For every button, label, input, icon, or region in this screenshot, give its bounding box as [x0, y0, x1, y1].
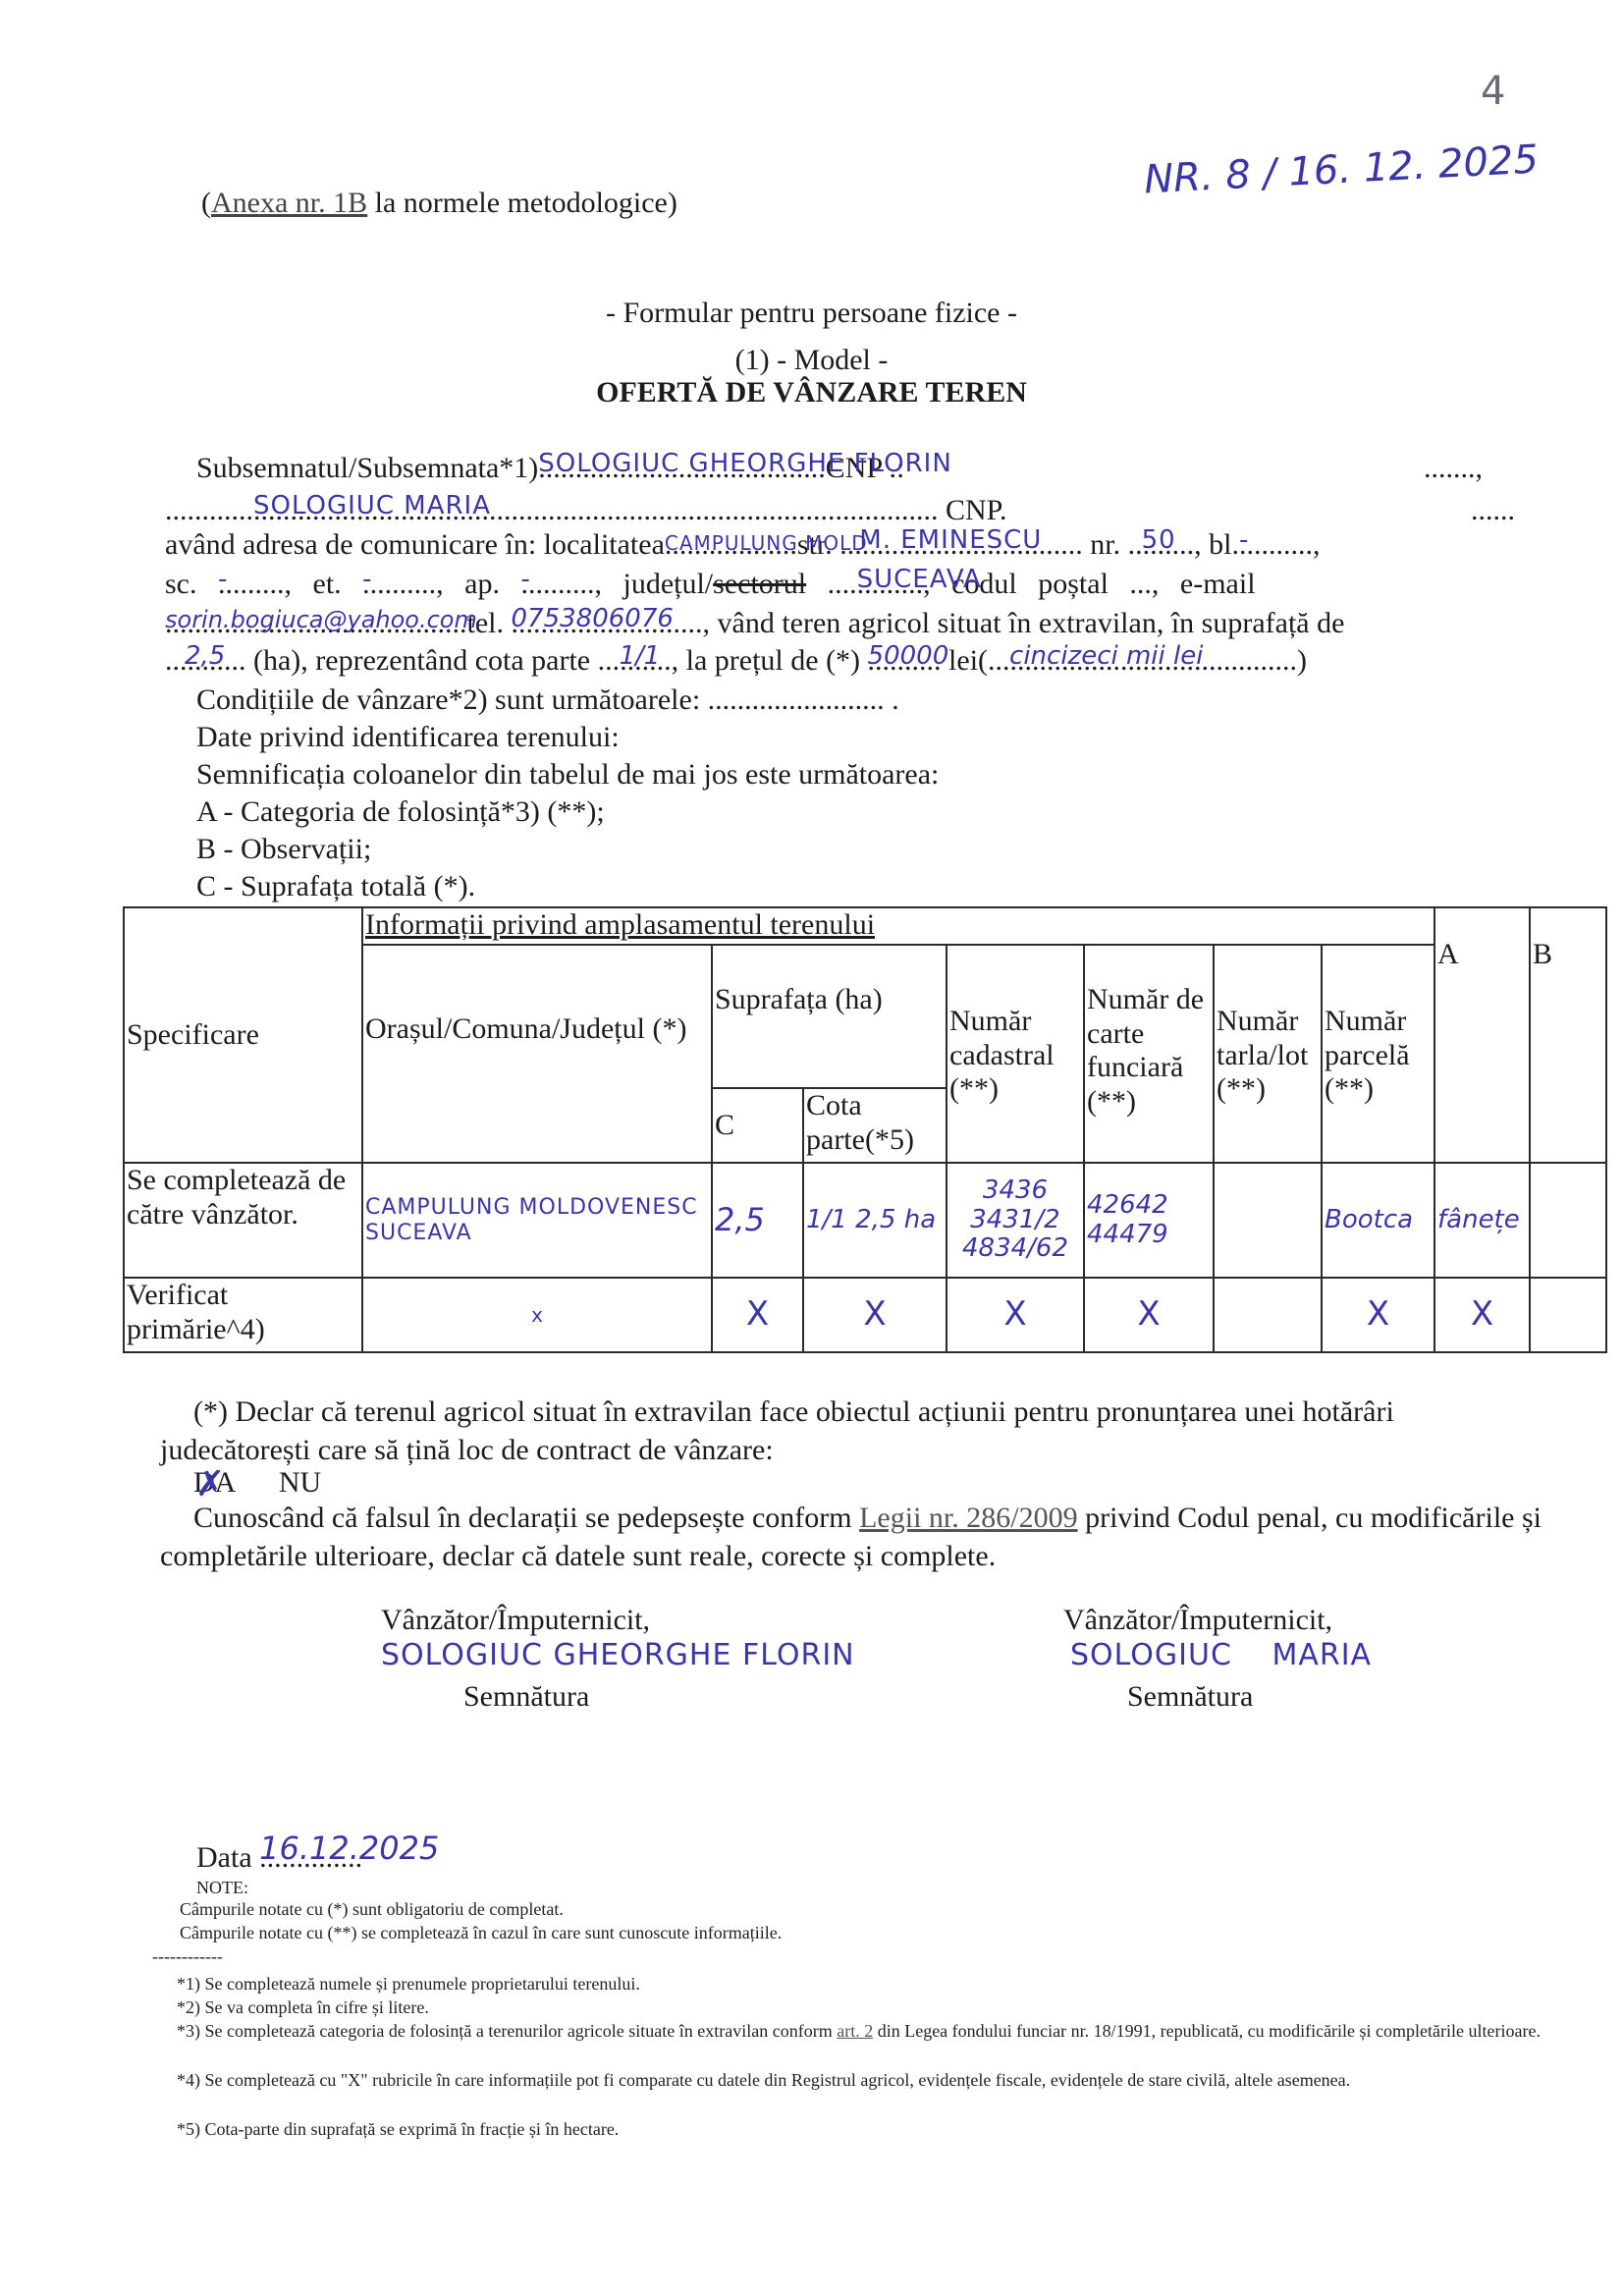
- form-subtitle: - Formular pentru persoane fizice -: [0, 297, 1623, 330]
- cell-cadastral[interactable]: 3436 3431/2 4834/62: [947, 1163, 1084, 1278]
- signature-role-1: Vânzător/Împuternicit,: [381, 1601, 650, 1639]
- table-row: Se completează de către vânzător. CAMPUL…: [124, 1163, 1606, 1278]
- et-label: et.: [313, 568, 342, 600]
- suprafata-value: 2,5: [185, 641, 225, 671]
- declaration-text: (*) Declar că terenul agricol situat în …: [160, 1393, 1544, 1469]
- header-carte: Număr de carte funciară (**): [1084, 945, 1214, 1163]
- row-label: Verificat primărie^4): [124, 1278, 362, 1352]
- date-value: 16.12.2025: [259, 1829, 439, 1870]
- cell-b[interactable]: [1530, 1278, 1606, 1352]
- conditii: Condițiile de vânzare*2) sunt următoarel…: [196, 683, 899, 717]
- nr-value: 50: [1142, 525, 1176, 555]
- cell-c[interactable]: X: [712, 1278, 803, 1352]
- seller-name-2-field[interactable]: ........................................…: [165, 494, 939, 526]
- seller-line-1: Subsemnatul/Subsemnata*1)...............…: [196, 452, 904, 485]
- header-c: C: [712, 1088, 803, 1163]
- row-label: Se completează de către vânzător.: [124, 1163, 362, 1278]
- nr-field[interactable]: .........50: [1128, 528, 1195, 561]
- cota-field[interactable]: ..........1/1: [598, 644, 672, 677]
- subsemnatul-label: Subsemnatul/Subsemnata*1): [196, 452, 538, 484]
- pret-litere-value: cincizeci mii lei: [1009, 641, 1203, 671]
- footnote-3-b: din Legea fondului funciar nr. 18/1991, …: [873, 2021, 1541, 2041]
- cod-postal-email-label: codul poștal ..., e-mail: [951, 568, 1255, 600]
- header-cadastral: Număr cadastral (**): [947, 945, 1084, 1163]
- header-b: B: [1530, 907, 1606, 1163]
- email-value: sorin.bogiuca@yahoo.com: [165, 606, 477, 633]
- cell-oras[interactable]: x: [362, 1278, 712, 1352]
- signature-label-1: Semnătura: [463, 1677, 589, 1716]
- et-field[interactable]: ..........-: [362, 568, 436, 600]
- bl-field[interactable]: ..........-: [1239, 528, 1313, 561]
- signature-name-2[interactable]: SOLOGIUC MARIA: [1070, 1638, 1372, 1672]
- tel-field[interactable]: ..........................0753806076: [512, 607, 703, 639]
- localitate-field[interactable]: ..................CAMPULUNG MOLD: [665, 528, 797, 561]
- cell-oras[interactable]: CAMPULUNG MOLDOVENESC SUCEAVA: [362, 1163, 712, 1278]
- seller-name-1: SOLOGIUC GHEORGHE FLORIN: [538, 449, 951, 478]
- cell-cota[interactable]: X: [803, 1278, 947, 1352]
- tel-value: 0753806076: [512, 604, 674, 633]
- land-text: , vând teren agricol situat în extravila…: [703, 607, 1345, 639]
- page-number-mark: 4: [1481, 69, 1505, 114]
- cell-cadastral[interactable]: X: [947, 1278, 1084, 1352]
- ha-text: (ha), reprezentând cota parte: [253, 644, 590, 677]
- annex-rest: la normele metodologice): [367, 187, 677, 219]
- cell-carte[interactable]: 42642 44479: [1084, 1163, 1214, 1278]
- bl-label: bl.: [1209, 528, 1239, 561]
- strada-field[interactable]: .................................M. EMIN…: [839, 528, 1083, 561]
- cnp-label-2: CNP: [946, 494, 1000, 526]
- address-line-2: sc. .........-, et. ..........-, ap. ...…: [165, 568, 1256, 601]
- falsul-text-a: Cunoscând că falsul în declarații se ped…: [193, 1502, 859, 1534]
- signature-label-2: Semnătura: [1127, 1677, 1253, 1716]
- annex-reference: (Anexa nr. 1B la normele metodologice): [201, 187, 677, 220]
- note-2: Câmpurile notate cu (**) se completează …: [180, 1921, 782, 1944]
- cell-parcela[interactable]: X: [1322, 1278, 1434, 1352]
- da-nu-choice: DA✗ NU: [193, 1463, 321, 1502]
- header-info-text: Informații privind amplasamentul terenul…: [365, 908, 875, 941]
- cell-c[interactable]: 2,5: [712, 1163, 803, 1278]
- close-paren: ): [1297, 644, 1307, 677]
- seller-name-2: SOLOGIUC MARIA: [253, 491, 491, 520]
- email-tel-line: ........................................…: [165, 607, 1344, 640]
- et-value: -: [362, 565, 372, 594]
- table-row: Verificat primărie^4) x X X X X X X: [124, 1278, 1606, 1352]
- annex-open: (: [201, 187, 211, 219]
- footnote-5: *5) Cota-parte din suprafață se exprimă …: [177, 2117, 619, 2141]
- pret-field[interactable]: ..........50000: [868, 644, 942, 677]
- cell-carte[interactable]: X: [1084, 1278, 1214, 1352]
- cell-cota[interactable]: 1/1 2,5 ha: [803, 1163, 947, 1278]
- footnote-4: *4) Se completează cu "X" rubricile în c…: [150, 2068, 1544, 2092]
- suprafata-field[interactable]: ...........2,5: [165, 644, 246, 677]
- pret-value: 50000: [868, 641, 949, 671]
- cell-tarla[interactable]: [1214, 1163, 1322, 1278]
- seller-line-2: ........................................…: [165, 494, 1007, 527]
- header-tarla: Număr tarla/lot (**): [1214, 945, 1322, 1163]
- header-specificare: Specificare: [124, 907, 362, 1163]
- notes-title: NOTE:: [196, 1876, 248, 1899]
- judet-value: SUCEAVA: [857, 565, 982, 594]
- footnote-1: *1) Se completează numele și prenumele p…: [177, 1972, 640, 1995]
- judet-field[interactable]: .............SUCEAVA: [828, 568, 924, 600]
- header-info: Informații privind amplasamentul terenul…: [362, 907, 1434, 945]
- judet-label: județul/: [622, 568, 713, 600]
- date-label: Data: [196, 1841, 252, 1874]
- legend-c: C - Suprafața totală (*).: [196, 870, 475, 903]
- model-label: (1) - Model -: [0, 344, 1623, 377]
- cota-value: 1/1: [620, 641, 661, 671]
- sector-label-struck: sectorul: [713, 568, 806, 600]
- art-2-link[interactable]: art. 2: [837, 2021, 873, 2041]
- semnificatia: Semnificația coloanelor din tabelul de m…: [196, 758, 939, 792]
- cell-b[interactable]: [1530, 1163, 1606, 1278]
- option-nu[interactable]: NU: [279, 1466, 321, 1499]
- page-title: OFERTĂ DE VÂNZARE TEREN: [0, 376, 1623, 410]
- sc-value: -: [218, 565, 228, 594]
- footnote-3-a: *3) Se completează categoria de folosinț…: [177, 2021, 837, 2041]
- seller-name-1-field[interactable]: .......................................S…: [538, 452, 826, 484]
- option-da[interactable]: DA✗: [193, 1466, 236, 1499]
- signature-role-2: Vânzător/Împuternicit,: [1063, 1601, 1332, 1639]
- date-line: Data ..............16.12.2025: [196, 1838, 362, 1877]
- cell-tarla[interactable]: [1214, 1278, 1322, 1352]
- email-field[interactable]: ........................................…: [165, 607, 467, 639]
- legend-b: B - Observații;: [196, 833, 371, 866]
- signature-name-1[interactable]: SOLOGIUC GHEORGHE FLORIN: [381, 1638, 855, 1672]
- annex-link[interactable]: Anexa nr. 1B: [211, 187, 367, 219]
- localitate-value: CAMPULUNG MOLD: [665, 531, 868, 555]
- cell-parcela[interactable]: Bootca: [1322, 1163, 1434, 1278]
- pret-litere-field[interactable]: ........................................…: [988, 644, 1297, 677]
- notes-separator: ------------: [152, 1944, 223, 1968]
- header-a: A: [1434, 907, 1530, 1163]
- falsul-declaration: Cunoscând că falsul în declarații se ped…: [160, 1499, 1554, 1575]
- header-suprafata: Suprafața (ha): [712, 945, 947, 1088]
- cell-a[interactable]: fânețe: [1434, 1163, 1530, 1278]
- footnote-2: *2) Se va completa în cifre și litere.: [177, 1995, 429, 2019]
- lei-label: lei(: [948, 644, 988, 677]
- date-field[interactable]: ..............16.12.2025: [259, 1841, 362, 1874]
- address-line: având adresa de comunicare în: localitat…: [165, 528, 1320, 562]
- header-parcela: Număr parcelă (**): [1322, 945, 1434, 1163]
- cell-a[interactable]: X: [1434, 1278, 1530, 1352]
- ap-label: ap.: [464, 568, 500, 600]
- sc-label: sc.: [165, 568, 197, 600]
- header-oras: Orașul/Comuna/Județul (*): [362, 945, 712, 1163]
- legend-a: A - Categoria de folosință*3) (**);: [196, 795, 605, 829]
- bl-value: -: [1239, 525, 1249, 555]
- price-line: ...........2,5 (ha), reprezentând cota p…: [165, 644, 1307, 678]
- pret-text: , la prețul de (*): [672, 644, 860, 677]
- note-1: Câmpurile notate cu (*) sunt obligatoriu…: [180, 1897, 564, 1921]
- land-table: Specificare Informații privind amplasame…: [123, 906, 1607, 1353]
- registration-number: NR. 8 / 16. 12. 2025: [1143, 137, 1540, 203]
- header-cota: Cota parte(*5): [803, 1088, 947, 1163]
- strada-value: M. EMINESCU: [859, 525, 1042, 555]
- ap-value: -: [520, 565, 530, 594]
- nr-label: nr.: [1090, 528, 1120, 561]
- legea-286-link[interactable]: Legii nr. 286/2009: [859, 1502, 1077, 1534]
- date-identificare: Date privind identificarea terenului:: [196, 721, 620, 754]
- address-label: având adresa de comunicare în: localitat…: [165, 528, 665, 561]
- footnote-3: *3) Se completează categoria de folosinț…: [150, 2019, 1544, 2043]
- ap-field[interactable]: ..........-: [520, 568, 594, 600]
- sc-field[interactable]: .........-: [218, 568, 285, 600]
